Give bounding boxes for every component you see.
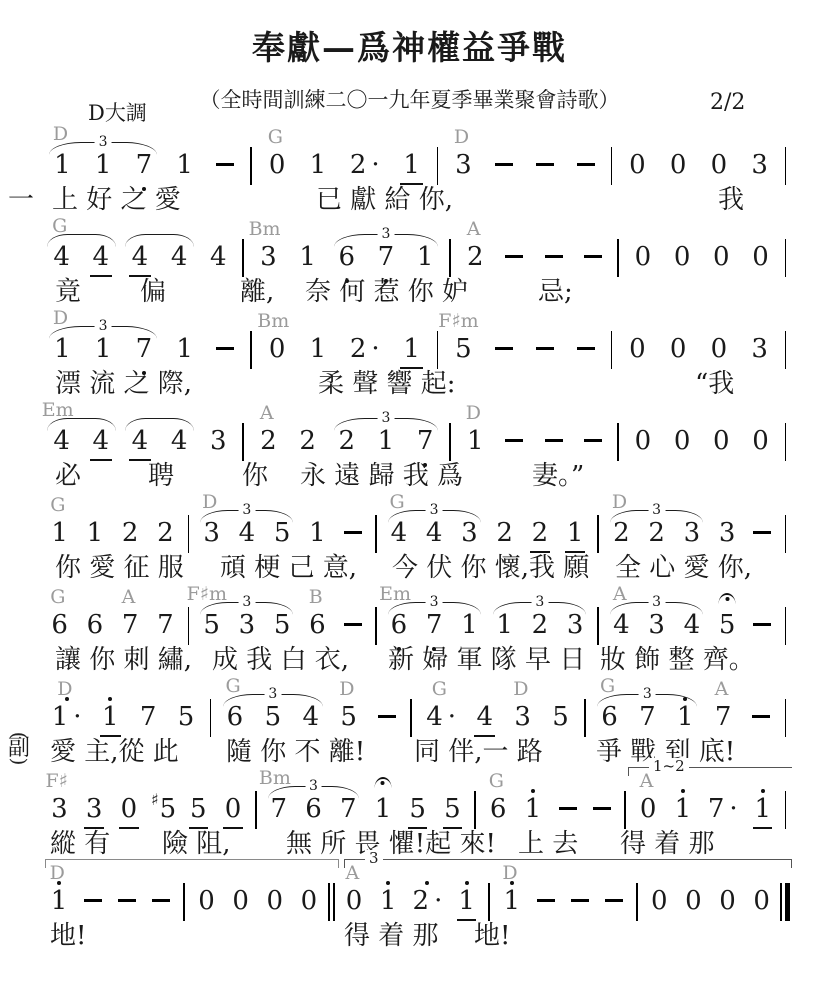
triplet-number: 3 (377, 227, 394, 241)
note-token: D2 (604, 520, 639, 549)
dash-token (745, 520, 780, 549)
barline (183, 612, 194, 641)
note-digit: 4 (132, 428, 149, 454)
note-token: 2 (487, 520, 522, 549)
note-digit: 2 (350, 152, 367, 178)
barline-stroke (328, 883, 330, 921)
note-token: 4 (229, 520, 264, 549)
note-digit: 3 (648, 612, 665, 638)
dash-line (505, 255, 523, 257)
music-system: G66A773F♯m535B63Em67131233A4345讓 你 刺 繡,成… (0, 582, 819, 674)
chord-label: F♯m (438, 312, 478, 331)
dash-line (344, 531, 362, 533)
barline (780, 244, 791, 273)
chord-label: G (226, 677, 241, 696)
note-digit: 2 (467, 244, 484, 270)
note-digit: 1 (54, 336, 71, 362)
chord-label: Bm (257, 312, 289, 331)
note-token: 1 (665, 796, 700, 825)
note-token: 3 (199, 428, 238, 457)
lyric-segment: 已 獻 給 你, (316, 185, 453, 215)
note-token: 6 (327, 244, 366, 273)
note-token: 1 (164, 152, 205, 181)
notation-systems: 3D1171G012·1D30003一上 好 之 愛已 獻 給 你,我G4444… (0, 122, 819, 950)
note-digit: 1 (87, 520, 104, 546)
octave-dot-above (65, 697, 69, 701)
chord-label: A (122, 588, 136, 607)
note-digit: 0 (713, 428, 730, 454)
note-token: G4 (381, 520, 416, 549)
note-token: 1 (391, 336, 432, 365)
dash-token (484, 336, 525, 365)
note-digit: 3 (461, 520, 478, 546)
note-digit: 4 (210, 244, 227, 270)
dash-line (495, 163, 513, 165)
dash-line (118, 899, 136, 901)
chord-label: G (389, 493, 404, 512)
note-token: 0 (702, 244, 741, 273)
lyric-segment: 妝 飾 整 齊。 (600, 645, 755, 675)
note-token: 0 (617, 152, 658, 181)
chord-label: G (50, 496, 65, 515)
lyric-segment: 成 我 白 衣, (212, 645, 349, 675)
note-token: 2 (327, 428, 366, 457)
note-digit: 7 (715, 704, 732, 730)
note-token: A2 (249, 428, 288, 457)
tie-group: 44 (120, 244, 198, 273)
note-token: 1 (371, 888, 405, 917)
notation-row: 3D1171Bm012·1F♯m50003 (42, 315, 791, 365)
lyric-segment: 今 伏 你 懷,我 願 (392, 553, 589, 583)
chord-label: F♯m (187, 585, 227, 604)
note-digit: 3 (684, 520, 701, 546)
dash-line (577, 163, 595, 165)
barline-stroke (333, 883, 335, 921)
lyric-segment: 得 着 那 (620, 829, 715, 859)
barline-stroke (617, 423, 619, 461)
barline-stroke (250, 331, 252, 369)
note-digit: 3 (751, 152, 768, 178)
barline-stroke (474, 791, 476, 829)
lyric-segment: 你 (242, 461, 268, 491)
note-digit: 7 (136, 152, 153, 178)
barline-stroke (242, 423, 244, 461)
lyric-segment: 柔 聲 響 起: (318, 369, 456, 399)
barline (484, 888, 495, 917)
barline-stroke (242, 239, 244, 277)
barline-stroke (250, 147, 252, 185)
dash-line (536, 163, 554, 165)
note-digit: 4 (92, 244, 109, 270)
triplet-number: 3 (648, 503, 665, 517)
note-digit: 1 (102, 704, 119, 730)
dash-line (571, 899, 589, 901)
triplet-group: 3G443 (381, 520, 487, 549)
octave-dot-above (425, 881, 429, 885)
dash-token (573, 428, 612, 457)
triplet-group: 3D223 (604, 520, 710, 549)
note-token: 0 (292, 888, 326, 917)
note-token: G4· (417, 704, 466, 733)
note-digit: 2 (532, 612, 549, 638)
note-token: 2 (522, 612, 557, 641)
note-digit: 1 (467, 428, 484, 454)
note-token: 6 (77, 612, 112, 641)
augmentation-dot: · (434, 888, 442, 914)
note-digit: 7 (122, 612, 139, 638)
note-digit: 6 (227, 704, 244, 730)
note-digit: 7 (271, 796, 288, 822)
lyric-segment: 新 婦 軍 隊 早 日 (388, 645, 585, 675)
barline (780, 796, 791, 825)
note-digit: 6 (51, 612, 68, 638)
note-token: A7 (113, 612, 148, 641)
triplet-group: 3G654 (216, 704, 330, 733)
note-token: 4 (199, 244, 238, 273)
note-token: 1 (288, 244, 327, 273)
lyric-segment: 頑 梗 己 意, (220, 553, 357, 583)
dash-line (577, 347, 595, 349)
note-digit: 6 (490, 796, 507, 822)
note-token: G6 (591, 704, 629, 733)
note-token: 1 (666, 704, 704, 733)
note-token: 7 (628, 704, 666, 733)
lyric-segment: 漂 流 之 際, (55, 369, 192, 399)
note-token: 0 (216, 796, 251, 825)
barline (470, 796, 481, 825)
note-digit: 6 (309, 612, 326, 638)
note-token: 0 (623, 244, 662, 273)
barline (593, 612, 604, 641)
lyric-segment: 我 (718, 185, 744, 215)
octave-dot-above (531, 789, 535, 793)
chord-label: D (466, 404, 481, 423)
chord-label: D (339, 680, 354, 699)
barline-stroke (188, 515, 190, 553)
dash-line (84, 899, 102, 901)
note-token: 2· (338, 336, 391, 365)
note-token: D3 (504, 704, 542, 733)
note-token: 5 (181, 796, 216, 825)
note-token: 4 (81, 428, 120, 457)
triplet-group: 3Em671 (381, 612, 487, 641)
chord-label: D (57, 680, 72, 699)
refrain-marker: (副) (5, 729, 33, 768)
barline (432, 336, 443, 365)
note-digit: 1 (95, 336, 112, 362)
note-token: Bm7 (261, 796, 296, 825)
dash-token (585, 796, 620, 825)
barline-stroke (188, 607, 190, 645)
note-digit: 1 (403, 336, 420, 362)
note-token: 3 (739, 336, 780, 365)
note-token: 1 (298, 336, 339, 365)
note-token: 0 (741, 244, 780, 273)
triplet-group: 3D117 (42, 152, 164, 181)
dash-line (505, 439, 523, 441)
note-token: D1 (42, 336, 83, 365)
note-token: 4 (120, 428, 159, 457)
notation-row: G44444Bm313671A20000 (42, 223, 791, 273)
note-token: 7 (331, 796, 366, 825)
note-token: 0 (741, 428, 780, 457)
note-digit: 4 (53, 428, 70, 454)
note-digit: 6 (391, 612, 408, 638)
note-token: 4 (674, 612, 709, 641)
note-digit: 6 (338, 244, 355, 270)
barline-stroke (785, 331, 787, 369)
note-token: 2· (338, 152, 391, 181)
note-token: 5 (167, 704, 205, 733)
lyric-segment: 忌; (538, 277, 573, 307)
chord-label: D (202, 493, 217, 512)
barline-stroke (785, 883, 790, 921)
lyric-segment: 奈 何 惹 你 妒 (305, 277, 468, 307)
chord-label: Em (42, 401, 74, 420)
note-token: 0 (111, 796, 146, 825)
note-token: F♯m5 (443, 336, 484, 365)
note-token: 4 (120, 244, 159, 273)
note-token: 7 (406, 428, 445, 457)
note-digit: 0 (267, 888, 284, 914)
note-token: 7 (366, 244, 405, 273)
note-token: D5 (330, 704, 368, 733)
note-token: 0 (658, 152, 699, 181)
note-token: 3 (229, 612, 264, 641)
dash-line (495, 347, 513, 349)
note-digit: 7 (426, 612, 443, 638)
notation-row: 3D1171G012·1D30003 (42, 131, 791, 181)
note-digit: 0 (753, 888, 770, 914)
note-token: D1 (456, 428, 495, 457)
note-digit: 2 (338, 428, 355, 454)
triplet-group: 3217 (327, 428, 445, 457)
note-token: 3 (452, 520, 487, 549)
barline (780, 152, 791, 181)
note-token: 1 (452, 612, 487, 641)
dash-token (534, 244, 573, 273)
barline-stroke (785, 607, 787, 645)
dash-line (605, 899, 623, 901)
dash-line (584, 439, 602, 441)
note-token: 7 (124, 152, 165, 181)
barline (246, 336, 257, 365)
note-token: 2 (148, 520, 183, 549)
chord-label: A (467, 220, 481, 239)
note-digit: 7 (157, 612, 174, 638)
barline (238, 244, 249, 273)
note-digit: 2 (350, 336, 367, 362)
triplet-number: 3 (95, 319, 112, 333)
note-digit: 0 (752, 244, 769, 270)
note-digit: 0 (651, 888, 668, 914)
music-system: Em44443A223217D10000必聘你永 遠 歸 我 爲妻。” (0, 398, 819, 490)
note-token: 7 (417, 612, 452, 641)
note-token: D3 (194, 520, 229, 549)
octave-dot-above (510, 881, 514, 885)
barline (179, 888, 190, 917)
dash-line (752, 715, 770, 717)
lyric-segment: 一 (8, 185, 34, 215)
note-token: 7· (700, 796, 745, 825)
note-digit: 0 (198, 888, 215, 914)
fermata-icon (374, 777, 391, 788)
triplet-number: 3 (426, 595, 443, 609)
note-digit: 0 (629, 152, 646, 178)
note-digit: 1 (299, 244, 316, 270)
lyric-segment: 全 心 愛 你, (615, 553, 752, 583)
notation-row: Em44443A223217D10000 (42, 407, 791, 457)
note-digit: 4 (391, 520, 408, 546)
augmentation-dot: · (729, 796, 737, 822)
note-token: Bm0 (257, 336, 298, 365)
note-token: 5 (254, 704, 292, 733)
note-token: 1 (366, 428, 405, 457)
note-digit: 2 (413, 888, 430, 914)
lyric-segment: 地! (474, 921, 510, 951)
note-digit: 5 (190, 796, 207, 822)
dash-token (335, 520, 370, 549)
note-digit: 3 (514, 704, 531, 730)
song-title: 奉獻—爲神權益爭戰 (0, 22, 819, 69)
dash-token (110, 888, 144, 917)
dash-token (573, 244, 612, 273)
note-digit: 7 (378, 244, 395, 270)
notation-row: F♯330♯5503Bm767155G61A017·1 (42, 775, 791, 825)
note-digit: 4 (53, 244, 70, 270)
lyric-segment: 無 所 畏 懼!起 來! (286, 829, 496, 859)
barline (445, 244, 456, 273)
barline-stroke (437, 147, 439, 185)
note-digit: 6 (305, 796, 322, 822)
note-digit: 1 (380, 888, 397, 914)
note-digit: 2 (496, 520, 513, 546)
chord-label: G (52, 217, 67, 236)
chord-label: G (50, 588, 65, 607)
note-token: 4 (160, 428, 199, 457)
chord-label: D (612, 493, 627, 512)
chord-label: D (53, 125, 68, 144)
triplet-number: 3 (648, 595, 665, 609)
note-token: 1 (450, 888, 484, 917)
barline (620, 796, 631, 825)
note-token: A4 (604, 612, 639, 641)
note-token: 1 (164, 336, 205, 365)
note-digit: 1 (309, 520, 326, 546)
lyric-segment: 偏 (140, 277, 166, 307)
note-token: G6 (42, 612, 77, 641)
note-digit: 5 (274, 520, 291, 546)
note-digit: 1 (403, 152, 420, 178)
dash-token (524, 336, 565, 365)
note-digit: 7 (639, 704, 656, 730)
triplet-group: 3Bm767 (261, 796, 365, 825)
barline-stroke (488, 883, 490, 921)
note-token: F♯3 (42, 796, 77, 825)
tie-group: G44 (42, 244, 120, 273)
note-digit: 1 (51, 888, 68, 914)
lyric-segment: 你 愛 征 服 (55, 553, 184, 583)
note-token: 1 (516, 796, 551, 825)
note-token: G0 (257, 152, 298, 181)
augmentation-dot: · (448, 704, 456, 730)
note-digit: 1 (375, 796, 392, 822)
dash-token (745, 612, 780, 641)
note-digit: 2 (532, 520, 549, 546)
barline-stroke (449, 239, 451, 277)
note-token: 0 (745, 888, 779, 917)
note-token: 1 (558, 520, 593, 549)
chord-label: D (513, 680, 528, 699)
note-digit: 7 (340, 796, 357, 822)
note-digit: 5 (552, 704, 569, 730)
dash-token (563, 888, 597, 917)
barline (326, 888, 337, 917)
barline-stroke (611, 147, 613, 185)
barline-stroke (780, 883, 782, 921)
dash-token (335, 612, 370, 641)
barline-stroke (636, 883, 638, 921)
octave-dot-above (683, 697, 687, 701)
note-digit: 1 (504, 888, 521, 914)
note-digit: 6 (601, 704, 618, 730)
note-token: 4 (466, 704, 504, 733)
note-token: A0 (631, 796, 666, 825)
triplet-group: 3D345 (194, 520, 300, 549)
note-token: A2 (456, 244, 495, 273)
lyric-segment: 得 着 那 (344, 921, 439, 951)
lyric-segment: 離, (240, 277, 274, 307)
note-digit: 1 (52, 704, 69, 730)
note-digit: 3 (239, 612, 256, 638)
triplet-number: 3 (639, 687, 656, 701)
note-digit: 2 (299, 428, 316, 454)
note-digit: 3 (719, 520, 736, 546)
barline-stroke (785, 239, 787, 277)
dash-line (536, 347, 554, 349)
triplet-number: 3 (426, 503, 443, 517)
note-token: 0 (190, 888, 224, 917)
note-token: 0 (663, 428, 702, 457)
note-digit: 1 (54, 152, 71, 178)
tie-group: Em44 (42, 428, 120, 457)
note-token: D1· (42, 704, 91, 733)
barline (631, 888, 642, 917)
barline-stroke (597, 515, 599, 553)
lyric-segment: 同 伴,一 路 (414, 737, 543, 767)
dash-line (584, 255, 602, 257)
triplet-group: 3671 (327, 244, 445, 273)
note-token: 0 (617, 336, 658, 365)
note-digit: 0 (269, 152, 286, 178)
triplet-number: 3 (238, 595, 255, 609)
dash-token (495, 428, 534, 457)
note-token: G4 (42, 244, 81, 273)
note-token: ♯5 (146, 796, 181, 825)
lyric-segment: 隨 你 不 離! (226, 737, 365, 767)
barline-stroke (584, 699, 586, 737)
octave-dot-above (465, 881, 469, 885)
lyric-segment: “我 (695, 369, 734, 399)
note-digit: 3 (86, 796, 103, 822)
note-token: 6 (296, 796, 331, 825)
note-token: Bm3 (249, 244, 288, 273)
note-token: 0 (658, 336, 699, 365)
barline-stroke (611, 331, 613, 369)
note-digit: 7 (708, 796, 725, 822)
barline-stroke (255, 791, 257, 829)
note-token: 1 (391, 152, 432, 181)
